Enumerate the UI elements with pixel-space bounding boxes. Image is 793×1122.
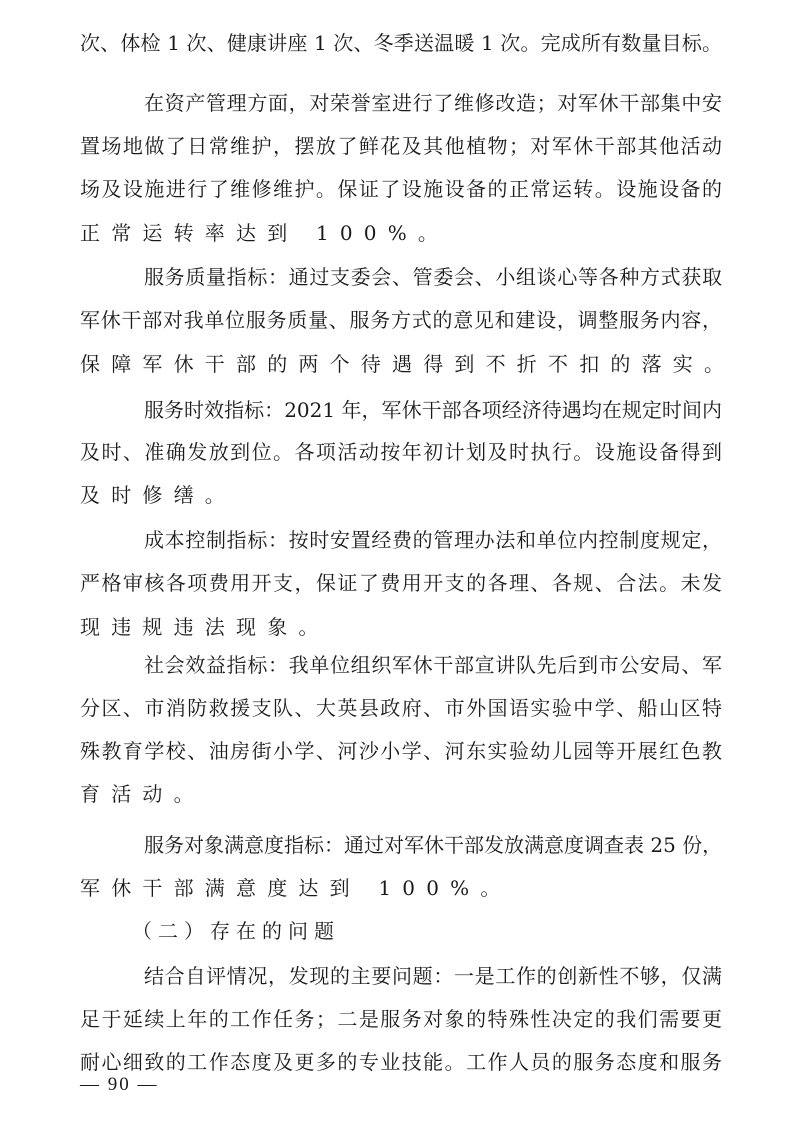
text-line: 及时修缮。 — [80, 480, 722, 510]
text-line: 育活动。 — [80, 779, 722, 809]
text-line: 军休干部满意度达到 100%。 — [80, 873, 722, 903]
text-line: 耐心细致的工作态度及更多的专业技能。工作人员的服务态度和服务 — [80, 1047, 722, 1077]
text-line: 服务对象满意度指标：通过对军休干部发放满意度调查表 25 份， — [144, 830, 722, 860]
text-line: 足于延续上年的工作任务；二是服务对象的特殊性决定的我们需要更 — [80, 1004, 722, 1034]
text-line: 服务质量指标：通过支委会、管委会、小组谈心等各种方式获取 — [144, 262, 722, 292]
text-line: 保障军休干部的两个待遇得到不折不扣的落实。 — [80, 349, 722, 379]
document-page: 次、体检 1 次、健康讲座 1 次、冬季送温暖 1 次。完成所有数量目标。在资产… — [0, 0, 793, 1122]
text-line: 结合自评情况，发现的主要问题：一是工作的创新性不够，仅满 — [144, 961, 722, 991]
text-line: 置场地做了日常维护，摆放了鲜花及其他植物；对军休干部其他活动 — [80, 131, 722, 161]
text-line: 军休干部对我单位服务质量、服务方式的意见和建设，调整服务内容， — [80, 305, 722, 335]
text-line: 次、体检 1 次、健康讲座 1 次、冬季送温暖 1 次。完成所有数量目标。 — [80, 28, 722, 58]
text-line: 社会效益指标：我单位组织军休干部宣讲队先后到市公安局、军 — [144, 650, 722, 680]
text-line: 殊教育学校、油房街小学、河沙小学、河东实验幼儿园等开展红色教 — [80, 736, 722, 766]
page-number: — 90 — — [80, 1070, 159, 1100]
text-line: 现违规违法现象。 — [80, 612, 722, 642]
text-line: 在资产管理方面，对荣誉室进行了维修改造；对军休干部集中安 — [144, 88, 722, 118]
text-line: 严格审核各项费用开支，保证了费用开支的各理、各规、合法。未发 — [80, 568, 722, 598]
text-line: 成本控制指标：按时安置经费的管理办法和单位内控制度规定， — [144, 525, 722, 555]
text-line: 正常运转率达到 100%。 — [80, 218, 722, 248]
text-line: 及时、准确发放到位。各项活动按年初计划及时执行。设施设备得到 — [80, 437, 722, 467]
text-line: 场及设施进行了维修维护。保证了设施设备的正常运转。设施设备的 — [80, 174, 722, 204]
section-heading: （二）存在的问题 — [132, 916, 774, 946]
text-line: 分区、市消防救援支队、大英县政府、市外国语实验中学、船山区特 — [80, 693, 722, 723]
text-line: 服务时效指标：2021 年，军休干部各项经济待遇均在规定时间内 — [144, 395, 722, 425]
